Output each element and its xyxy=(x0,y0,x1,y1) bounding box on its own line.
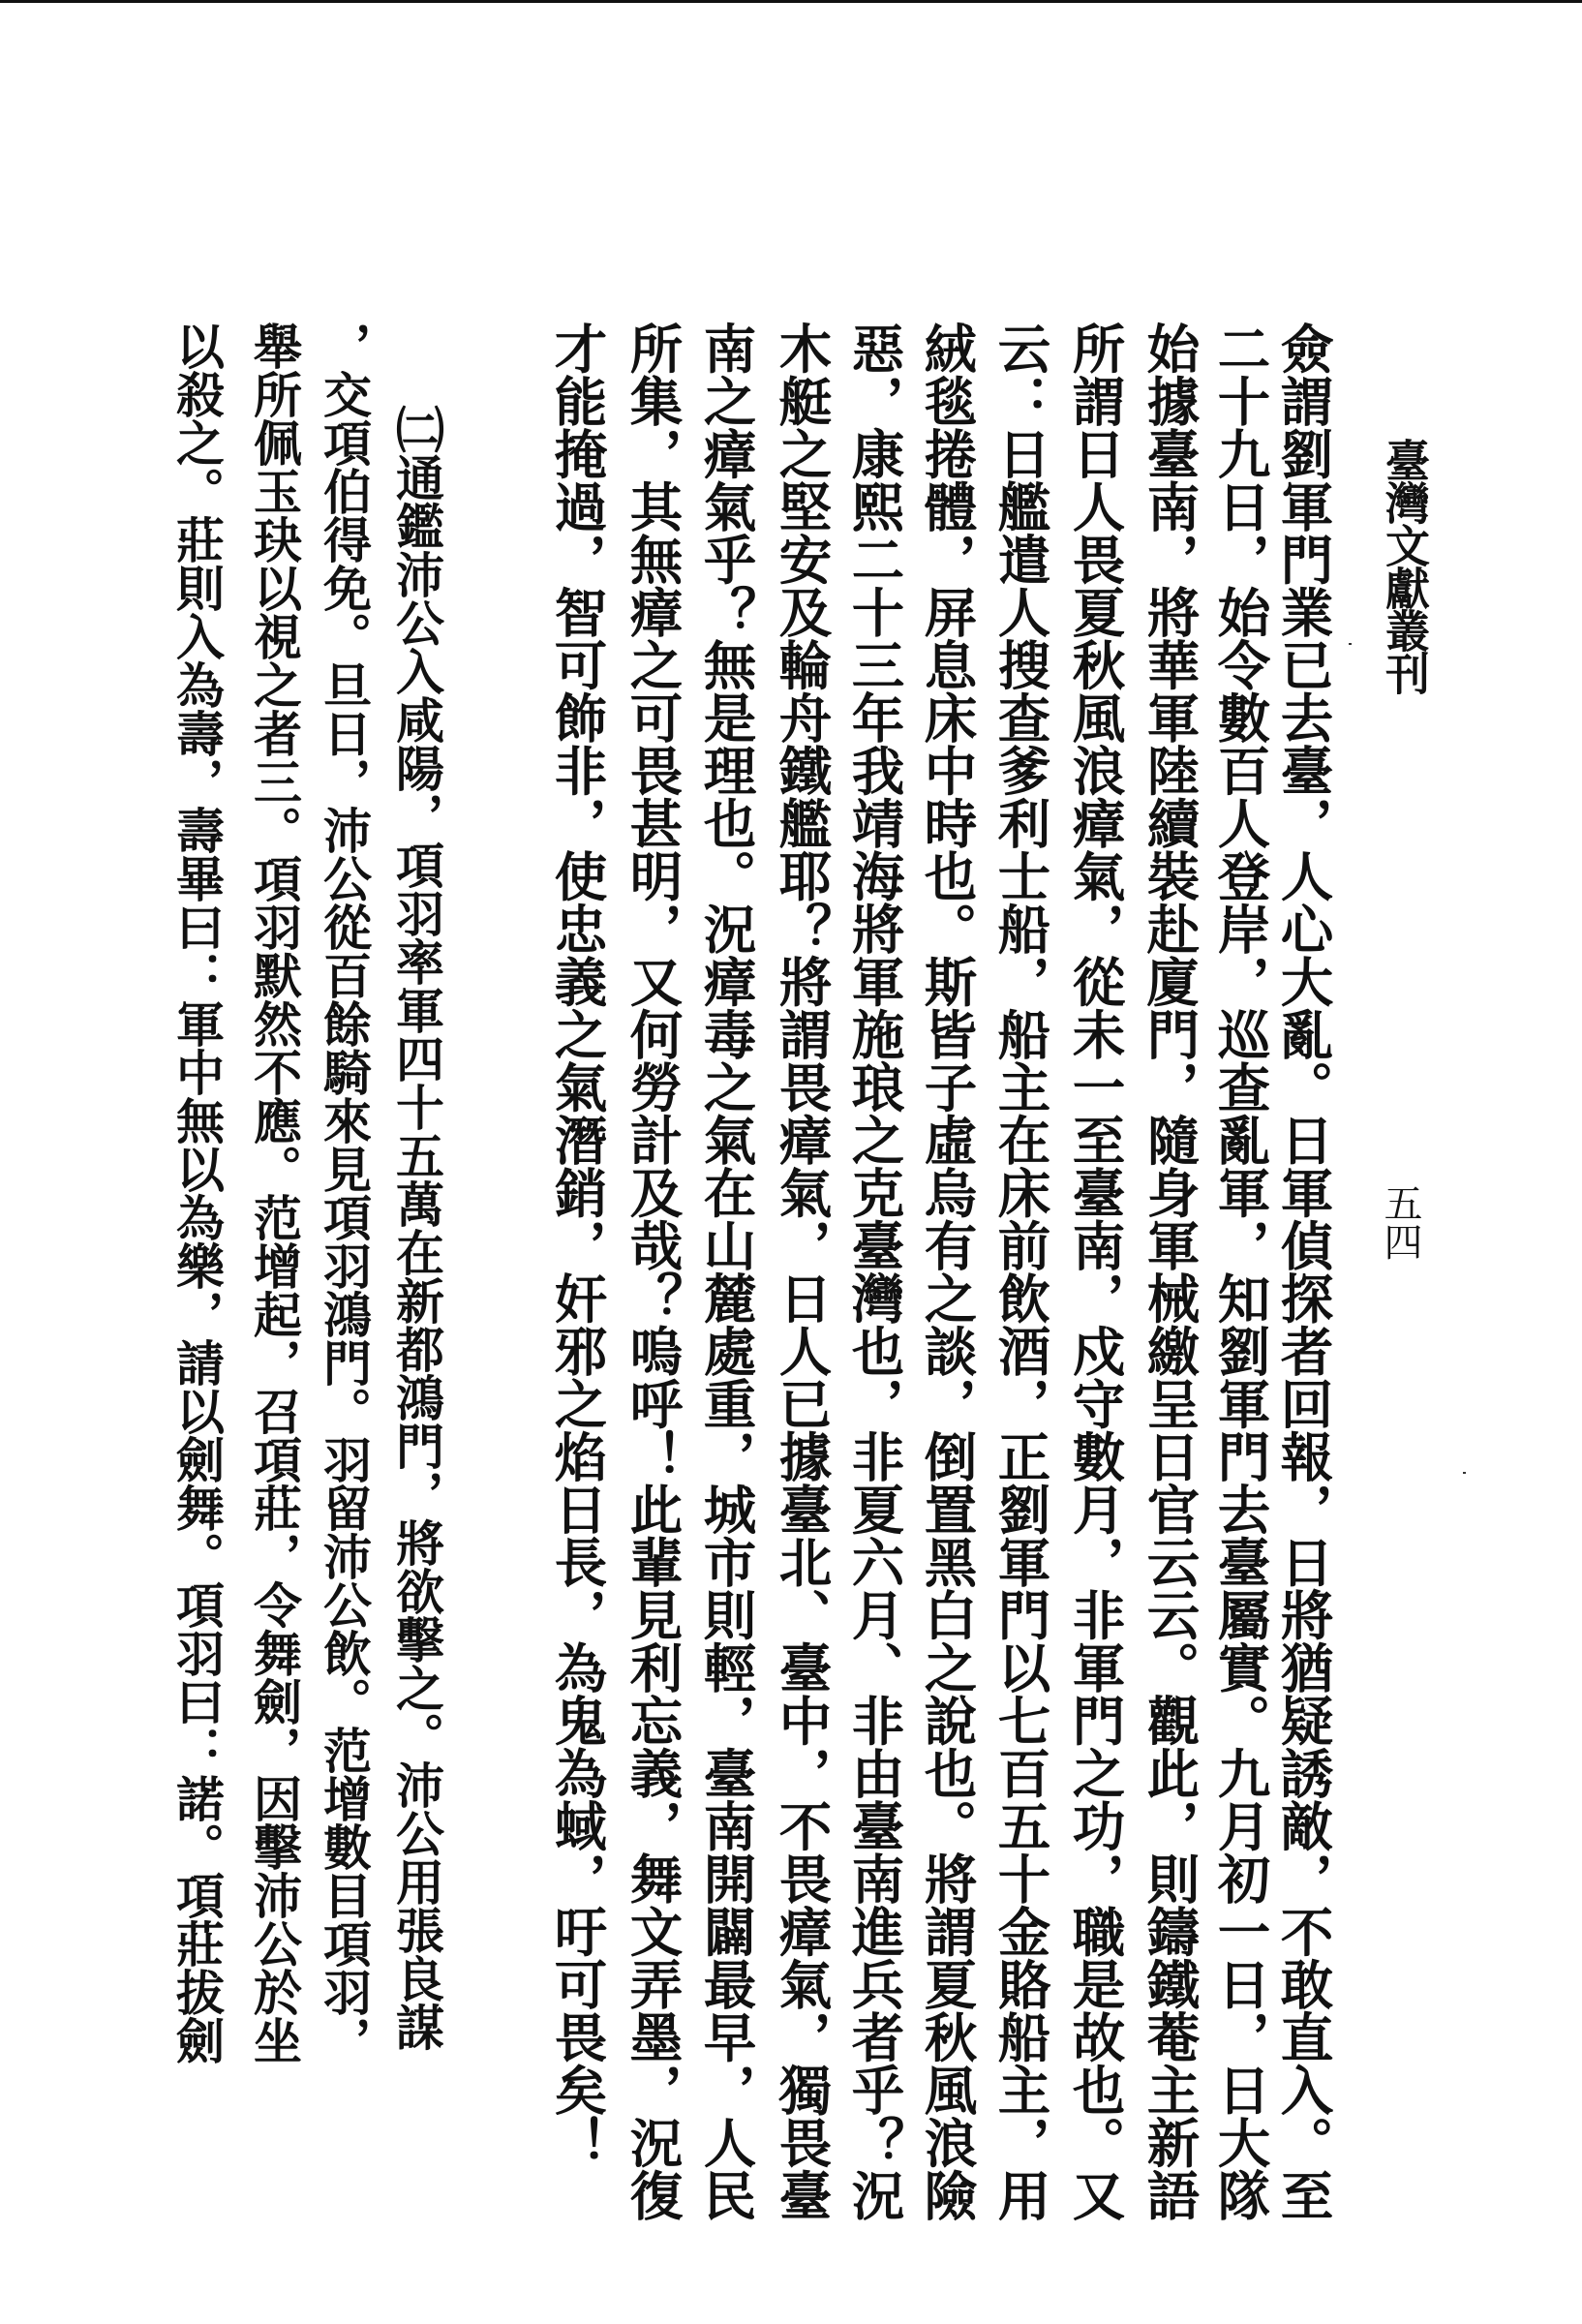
footnote-marker: ㈡ xyxy=(388,405,445,453)
footnote-column-1-text: 通鑑沛公入咸陽，項羽率軍四十五萬在新都鴻門，將欲擊之。沛公用張良謀 xyxy=(388,453,445,2051)
scan-top-border xyxy=(0,0,1582,3)
main-text-column-9: 南之瘴氣乎？無是理也。況瘴毒之氣在山麓處重，城市則輕，臺南開闢最早，人民 xyxy=(699,321,752,2221)
main-text-column-2: 二十九日，始令數百人登岸，巡查亂軍，知劉軍門去臺屬實。九月初一日，日大隊 xyxy=(1213,321,1266,2221)
main-text-column-3: 始據臺南，將華軍陸續裝赴廈門，隨身軍械繳呈日官云云。觀此，則鑄鐵菴主新語 xyxy=(1142,321,1196,2221)
scan-speck xyxy=(1349,643,1352,645)
main-text-column-7: 惡，康熙二十三年我靖海將軍施琅之克臺灣也，非夏六月、非由臺南進兵者乎？況 xyxy=(847,321,900,2221)
running-header-title: 臺灣文獻叢刊 xyxy=(1383,438,1427,693)
page-number: 五四 xyxy=(1381,1183,1419,1261)
footnote-column-4: 以殺之。莊則入為壽，壽畢曰：軍中無以為樂，請以劍舞。項羽曰：諾。項莊拔劍 xyxy=(172,321,221,2064)
footnote-column-3: 舉所佩玉玦以視之者三。項羽默然不應。范增起，召項莊，令舞劍，因擊沛公於坐 xyxy=(250,321,298,2064)
scan-speck xyxy=(1463,1472,1466,1474)
main-text-column-6: 絨毯捲體，屏息床中時也。斯皆子虛烏有之談，倒置黑白之說也。將謂夏秋風浪險 xyxy=(920,321,973,2221)
main-text-column-11: 才能掩過，智可飾非，使忠義之氣潛銷，奸邪之焰日長，為鬼為蜮，吁可畏矣！ xyxy=(550,321,603,2169)
main-text-column-10: 所集，其無瘴之可畏甚明，又何勞計及哉？嗚呼！此輩見利忘義，舞文弄墨，況復 xyxy=(625,321,679,2221)
main-text-column-1: 僉謂劉軍門業已去臺，人心大亂。日軍偵探者回報，日將猶疑誘敵，不敢直入。至 xyxy=(1276,321,1329,2221)
main-text-column-5: 云：日艦遣人搜查爹利士船，船主在床前飲酒，正劉軍門以七百五十金賂船主，用 xyxy=(993,321,1047,2221)
footnote-column-1: ㈡通鑑沛公入咸陽，項羽率軍四十五萬在新都鴻門，將欲擊之。沛公用張良謀 xyxy=(392,405,441,2051)
main-text-column-4: 所謂日人畏夏秋風浪瘴氣，從未一至臺南，戍守數月，非軍門之功，職是故也。又 xyxy=(1068,321,1121,2221)
footnote-column-2: ，交項伯得免。旦日，沛公從百餘騎來見項羽鴻門。羽留沛公飲。范增數目項羽， xyxy=(319,321,368,2064)
main-text-column-8: 木艇之堅安及輪舟鐵艦耶？將謂畏瘴氣，日人已據臺北、臺中，不畏瘴氣，獨畏臺 xyxy=(775,321,828,2221)
